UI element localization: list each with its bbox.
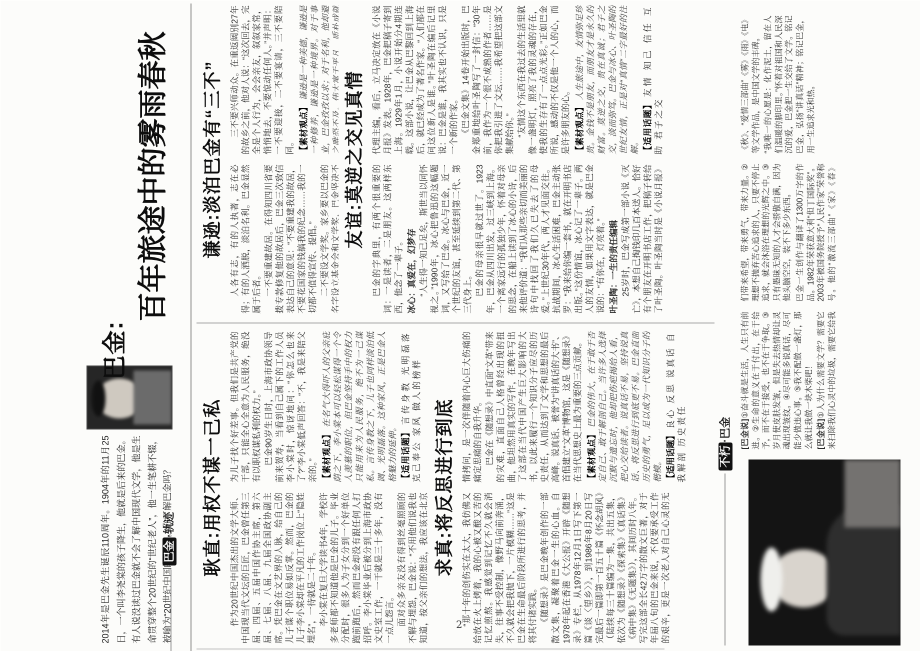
topics-label: 【适用话题】	[400, 427, 410, 482]
section-label-rest: ·巴金	[719, 416, 731, 442]
sub-headline-bingxin: 冰心：真爱在，幻梦存	[406, 164, 417, 313]
page-header: 2014年是巴金先生诞辰110周年。1904年的11月25日，一个叫李尧棠的孩子…	[0, 0, 192, 651]
paragraph: 人各有志，有的人执著，志在必得；有的人洒脱，淡泊名利。巴金显然属于后者。	[229, 164, 262, 313]
topics-block: 【适用话题】 良心 反思 说真话 自我解剖 历史责任	[665, 331, 687, 482]
viewpoint-label: 【素材观点】	[298, 102, 308, 154]
paragraph: 巴金90岁生日时，上海市政协领导前来贺寿，当看到自己属下的工作人员李小棠时，惊讶…	[263, 331, 318, 482]
article-modesty: 谦逊:淡泊巴金有“三不” 人各有志，有的人执著，志在必得；有的人洒脱，淡泊名利。…	[196, 5, 338, 313]
paragraph: 李小棠在复旦大学读书4年，学校许多老师都不知道他是巴金的儿子。毕业分配时，很多人…	[318, 492, 395, 643]
right-column: 谦逊:淡泊巴金有“三不” 人各有志，有的人执著，志在必得；有的人洒脱，淡泊名利。…	[196, 5, 714, 313]
topics-label: 【适用话题】	[665, 431, 675, 482]
left-edge-rule	[196, 648, 664, 649]
page-number: 2	[456, 620, 462, 631]
article-body: “那十年的创伤实在太大，我仿佛又给放在火上烤着，我的心被又酸又苦的记忆煎熬。我感…	[461, 331, 687, 643]
article-truth: 求真:将反思进行到底 “那十年的创伤实在太大，我仿佛又给放在火上烤着，我的心被又…	[428, 331, 714, 643]
section-label-trajectory: 巴金·轨迹	[160, 511, 176, 565]
paragraph: 一不要重建故居。在得知四川省要拨专款修复他的故居后，巴金三次致信表达自己的意见：…	[263, 164, 318, 313]
section-label-highlight: 巴金	[162, 537, 176, 565]
photo-background-shape	[844, 459, 900, 527]
section-label-rule	[170, 569, 171, 651]
memorial-section: 不朽·巴金 [巴金说]①奋斗就是生活，人生只有前进。②生命的意义在于付出，在于给…	[716, 3, 916, 645]
viewpoint-block: 【素材观点】 人生旅途中，友情弥足珍贵。金钱不是朋友，而朋友才是永久的财富。莫逆…	[574, 5, 640, 154]
scanned-newspaper-screenshot: 2014年是巴金先生诞辰110周年。1904年的11月25日，一个叫李尧棠的孩子…	[0, 0, 920, 651]
header-divider	[190, 3, 191, 651]
article-body: 巴金的字典里，有两个很重要的词：一是读者，二是朋友。这两样东西，他念了一辈子。 …	[371, 5, 664, 313]
paragraph: 巴金的母亲很早就过世了。1923年，巴金从四川出发，过三峡到上海。一个离家远行的…	[474, 164, 606, 313]
article-headline: 友谊:莫逆之交见真情	[340, 5, 366, 313]
page-title-prefix: 巴金:	[94, 31, 129, 379]
page-title: 巴金: 百年旅途中的雾雨春秋	[94, 31, 171, 379]
topics-block: 【适用话题】 言传身教 光明磊落 克己奉公 家风 做人的榜样	[400, 331, 422, 482]
viewpoint-block: 【素材观点】 巴金的伟大，在于敢于否定自己、敢于解剖自己。当许多人选择沉默与遗忘…	[586, 331, 663, 482]
memorial-closing: “我唯一的心愿是：化作泥土，留在人们温暖的脚印里。”怀着对祖国和人民深沉的爱，巴…	[763, 15, 816, 153]
article-headline: 谦逊:淡泊巴金有“三不”	[198, 5, 224, 313]
paragraph: 《巴金文集》14卷开始出版时，巴金郑重地给叶圣陶写了一封信：“30年前，我作为一…	[460, 5, 515, 154]
quotes-label: [巴金说]	[740, 418, 749, 449]
quotes-text: ①奋斗就是生活，人生只有前进。②生命的意义在于付出，在于给予，而不在于接受，也不…	[740, 311, 813, 449]
topics-block: 【适用话题】 友情 知己 信任 互助 君子之交	[642, 5, 664, 154]
page-title-main: 百年旅途中的雾雨春秋	[130, 31, 171, 321]
topics-label: 【适用话题】	[642, 100, 652, 154]
photo-hair-shape	[91, 380, 105, 416]
paragraph: 巴金的字典里，有两个很重要的词：一是读者，二是朋友。这两样东西，他念了一辈子。	[371, 164, 404, 313]
article-friendship: 友谊:莫逆之交见真情 巴金的字典里，有两个很重要的词：一是读者，二是朋友。这两样…	[338, 5, 714, 313]
paragraph: “那十年的创伤实在太大，我仿佛又给放在火上烤着，我的心被又酸又苦的记忆煎熬。我感…	[461, 492, 538, 643]
viewpoint-label: 【素材观点】	[586, 430, 596, 482]
memorial-divider	[724, 473, 725, 645]
viewpoint-label: 【素材观点】	[574, 102, 584, 154]
paragraph: 三不要兴师动众。在重返阔别27年的故乡之前，他对人说：“这次回去，完全是个人行为…	[229, 5, 295, 154]
paragraph: “友情这个东西在我过去的生活里就像一盏明灯，照亮了我的灵魂的存在，使我的生存有了…	[516, 5, 571, 154]
viewpoint-text: 在名气大得吓人的父亲庇荫之下，李小棠本可以轻松谋得一个令人羡慕的职位，但巴金坚持…	[321, 331, 397, 482]
memorial-text: [巴金说]①奋斗就是生活，人生只有前进。②生命的意义在于付出，在于给予，而不在于…	[740, 15, 908, 449]
bajin-quotes-life: [巴金说]①奋斗就是生活，人生只有前进。②生命的意义在于付出，在于给予，而不在于…	[740, 311, 814, 449]
article-body: 作为20世纪中国杰出的文学大师、中国现当代文坛的巨匠，巴金曾任第三届、四届、五届…	[229, 331, 428, 643]
section-label-immortal: 不朽·巴金	[716, 416, 732, 470]
viewpoint-block: 【素材观点】 在名气大得吓人的父亲庇荫之下，李小棠本可以轻松谋得一个令人羡慕的职…	[321, 331, 398, 482]
left-column: 耿直:用权不谋一己私 作为20世纪中国杰出的文学大师、中国现当代文坛的巨匠，巴金…	[196, 331, 714, 643]
article-headline: 耿直:用权不谋一己私	[198, 331, 224, 643]
viewpoint-block: 【素材观点】 谦逊是一种美德，谦逊是一种修养，谦逊是一种境界。对于事业，巴金孜孜…	[298, 5, 338, 154]
article-integrity: 耿直:用权不谋一己私 作为20世纪中国杰出的文学大师、中国现当代文坛的巨匠，巴金…	[196, 331, 428, 643]
newspaper-sheet: 2014年是巴金先生诞辰110周年。1904年的11月25日，一个叫李尧棠的孩子…	[0, 0, 920, 651]
paragraph: 二不要设文学奖。家乡要以巴金的名字设立基金会和文学奖，巴金坚决不同意，他在信中写…	[319, 164, 338, 313]
memorial-content: [巴金说]①奋斗就是生活，人生只有前进。②生命的意义在于付出，在于给予，而不在于…	[740, 3, 912, 645]
paragraph: 巴金在《随想录》中直面“文革”带来的灾难，直面自己人格曾经出现的扭曲，他坦然用真…	[484, 331, 583, 482]
sub-headline-yeshengtao: 叶圣陶：一生的责任编辑	[608, 164, 619, 313]
viewpoint-text: 巴金的伟大，在于敢于否定自己、敢于解剖自己。当许多人选择沉默与遗忘时，他却把伤疤…	[586, 331, 662, 482]
paragraph: 作为20世纪中国杰出的文学大师、中国现当代文坛的巨匠，巴金曾任第三届、四届、五届…	[229, 492, 317, 643]
quotes-label: [巴金说]	[816, 418, 825, 449]
bajin-elder-photo	[748, 459, 900, 645]
section-label-rest: ·轨迹	[163, 511, 175, 537]
viewpoint-label: 【素材观点】	[321, 430, 331, 482]
section-label-highlight: 不朽	[718, 442, 732, 470]
paragraph: “人生得一知己足矣，斯世当以同怀视之。”1990年，冰心把鲁迅的这幅题词，又写给…	[418, 164, 473, 313]
column-divider	[196, 322, 714, 323]
article-body: 人各有志，有的人执著，志在必得；有的人洒脱，淡泊名利。巴金显然属于后者。 一不要…	[229, 5, 338, 313]
article-headline: 求真:将反思进行到底	[430, 331, 456, 643]
photo-hair-shape	[760, 547, 782, 611]
